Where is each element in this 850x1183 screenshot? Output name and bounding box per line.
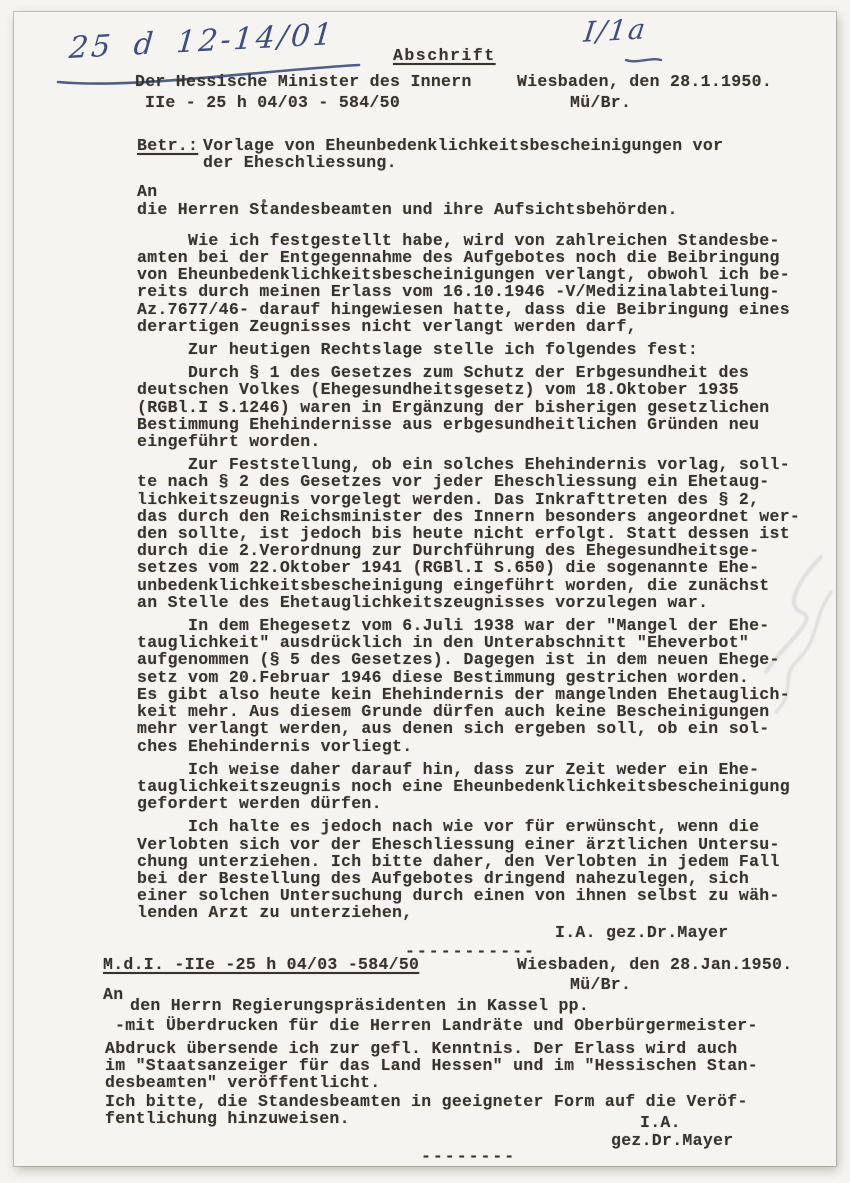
sender-name: Der Hessische Minister des Innern (135, 73, 472, 90)
body-paragraph-6: Ich weise daher darauf hin, dass zur Zei… (137, 761, 843, 813)
footer-note-1: Abdruck übersende ich zur gefl. Kenntnis… (105, 1040, 758, 1092)
footer-reference: M.d.I. -IIe -25 h 04/03 -584/50 (103, 956, 419, 973)
paper-sheet: 25 d 12-14/01 I/1a Abschrift Der Hessisc… (14, 12, 836, 1166)
signature-line: I.A. gez.Dr.Mayer (555, 924, 843, 941)
handwritten-file-number: 25 d 12-14/01 (68, 17, 337, 66)
subject-label: Betr.: (137, 137, 203, 171)
footer-recipient-line: den Herrn Regierungspräsidenten in Kasse… (130, 997, 589, 1014)
doc-type-heading: Abschrift (393, 47, 496, 64)
handwritten-page-mark: I/1a (582, 12, 649, 49)
distribution-footer: M.d.I. -IIe -25 h 04/03 -584/50 Wiesbade… (103, 956, 836, 1166)
sender-reference: IIe - 25 h 04/03 - 584/50 (145, 94, 400, 111)
footer-place-date: Wiesbaden, den 28.Jan.1950. (517, 956, 792, 973)
footer-signature-name: gez.Dr.Mayer (611, 1132, 733, 1149)
footer-recipient-note: -mit Überdrucken für die Herren Landräte… (115, 1017, 758, 1034)
body-paragraph-1: Wie ich festgestellt habe, wird von zahl… (137, 232, 843, 335)
recipient-block: An die Herren Standesbeamten und ihre Au… (137, 183, 843, 217)
place-date: Wiesbaden, den 28.1.1950. (517, 73, 772, 90)
footer-signature-initials: I.A. (640, 1114, 681, 1131)
subject-block: Betr.: Vorlage von Eheunbedenklichkeitsb… (137, 137, 843, 171)
letter-body: Betr.: Vorlage von Eheunbedenklichkeitsb… (137, 137, 843, 960)
body-paragraph-4: Zur Feststellung, ob ein solches Ehehind… (137, 456, 843, 611)
footer-clerk-initials: Mü/Br. (570, 976, 631, 993)
body-paragraph-3: Durch § 1 des Gesetzes zum Schutz der Er… (137, 364, 843, 450)
handwritten-page-mark-underline (624, 54, 664, 66)
body-paragraph-2: Zur heutigen Rechtslage stelle ich folge… (137, 341, 843, 358)
clerk-initials: Mü/Br. (570, 94, 631, 111)
scanned-document-page: { "colors": { "paper": "#d3c5a4", "typew… (0, 0, 850, 1183)
footer-recipient-intro: An (103, 986, 123, 1003)
footer-separator: -------- (421, 1148, 516, 1165)
body-paragraph-5: In dem Ehegesetz vom 6.Juli 1938 war der… (137, 617, 843, 755)
body-paragraph-7: Ich halte es jedoch nach wie vor für erw… (137, 818, 843, 921)
subject-text: Vorlage von Eheunbedenklichkeitsbeschein… (203, 137, 843, 171)
